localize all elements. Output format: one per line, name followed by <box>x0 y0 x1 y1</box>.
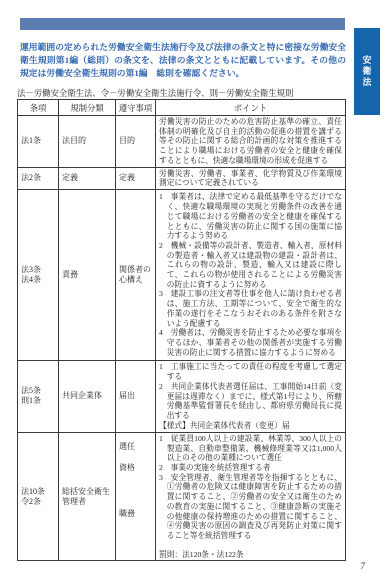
law-articles-table: 条項 規制分類 遵守事項 ポイント 法1条 法目的 目的 労働災害の防止のための… <box>17 99 346 561</box>
table-header-row: 条項 規制分類 遵守事項 ポイント <box>18 100 346 116</box>
compliance-cell: 関係者の 心構え <box>116 189 156 360</box>
article-ref: 法3条 <box>21 265 55 275</box>
section-header-bar <box>20 18 345 30</box>
point-item: 労働災害の防止のための危害防止基準の確立、責任体制の明確化及び自主的活動の促進の… <box>159 117 342 166</box>
article-ref: 法10条 <box>21 487 55 497</box>
point-item: 2 共同企業体代表者選任届は、工事開始14日前（変更届は遅滞なく）までに、様式第… <box>159 382 342 421</box>
header-compliance: 遵守事項 <box>116 100 156 116</box>
category-cell: 総括安全衛生管理者 <box>59 432 116 560</box>
document-page: { "page": { "side_tab_label": "安衛法", "pa… <box>0 0 385 579</box>
article-cell: 法3条 法4条 <box>18 189 59 360</box>
header-points: ポイント <box>156 100 346 116</box>
category-cell: 責務 <box>59 189 116 360</box>
article-cell: 法10条 令2条 <box>18 432 59 560</box>
points-cell: 1 工事施工に当たっての責任の程度を考慮して選定する 2 共同企業体代表者選任届… <box>156 360 346 432</box>
compliance-cell: 選任 資格 職務 <box>116 432 156 560</box>
table-row: 法3条 法4条 責務 関係者の 心構え 1 事業者は、法律で定める最低基準を守る… <box>18 189 346 360</box>
table-row: 法10条 令2条 総括安全衛生管理者 選任 資格 職務 1 従業員100人以上の… <box>18 432 346 560</box>
point-item: 1 従業員100人以上の建設業、林業等、300人以上の製造業、自動車整備業、機械… <box>159 434 342 463</box>
point-item: 4 労働者は、労働災害を防止するため必要な事項を守るほか、事業者その他の関係者が… <box>159 328 342 357</box>
compliance-item: 職務 <box>119 509 152 519</box>
category-cell: 法目的 <box>59 116 116 168</box>
compliance-item: 届出 <box>119 391 152 401</box>
point-item: 1 工事施工に当たっての責任の程度を考慮して選定する <box>159 362 342 381</box>
intro-paragraph: 運用範囲の定められた労働安全衛生法施行令及び法律の条文と特に密接な労働安全衛生規… <box>20 41 346 80</box>
side-tab-anneihou: 安衛法 <box>354 28 380 115</box>
point-item: 労働災害、労働者、事業者、化学物質及び作業環境測定について定義されている <box>159 169 342 188</box>
points-cell: 1 事業者は、法律で定める最低基準を守るだけでなく、快適な職場環境の実現と労働条… <box>156 189 346 360</box>
point-item: 1 事業者は、法律で定める最低基準を守るだけでなく、快適な職場環境の実現と労働条… <box>159 192 342 241</box>
header-category: 規制分類 <box>59 100 116 116</box>
header-article: 条項 <box>18 100 59 116</box>
point-item: 3 安全管理者、衛生管理者等を指揮するとともに、①労働者の危険又は健康障害を防止… <box>159 473 342 541</box>
article-cell: 法2条 <box>18 167 59 189</box>
compliance-item: 定義 <box>119 173 152 183</box>
abbreviation-legend: 法－労働安全衛生法、令－労働安全衛生法施行令、則－労働安全衛生規則 <box>17 87 347 99</box>
point-item: 2 事業の実施を統括管理する者 <box>159 463 342 473</box>
compliance-item: 目的 <box>119 136 152 146</box>
points-cell: 労働災害の防止のための危害防止基準の確立、責任体制の明確化及び自主的活動の促進の… <box>156 116 346 168</box>
point-item: 3 建設工事の注文者等仕事を他人に請け負わせる者は、施工方法、工期等について、安… <box>159 289 342 328</box>
article-ref: 法2条 <box>21 173 55 183</box>
article-ref: 法5条 <box>21 386 55 396</box>
table-row: 法1条 法目的 目的 労働災害の防止のための危害防止基準の確立、責任体制の明確化… <box>18 116 346 168</box>
compliance-cell: 目的 <box>116 116 156 168</box>
table-row: 法5条 則1条 共同企業体 届出 1 工事施工に当たっての責任の程度を考慮して選… <box>18 360 346 432</box>
article-ref: 法1条 <box>21 136 55 146</box>
compliance-cell: 届出 <box>116 360 156 432</box>
article-ref: 法4条 <box>21 275 55 285</box>
compliance-cell: 定義 <box>116 167 156 189</box>
category-cell: 共同企業体 <box>59 360 116 432</box>
points-cell: 1 従業員100人以上の建設業、林業等、300人以上の製造業、自動車整備業、機械… <box>156 432 346 560</box>
points-cell: 労働災害、労働者、事業者、化学物質及び作業環境測定について定義されている <box>156 167 346 189</box>
side-tab-label: 安衛法 <box>361 55 374 88</box>
penalty-note: 罰則：法120条・法122条 <box>159 550 342 560</box>
page-number: 7 <box>361 561 366 571</box>
point-item: 【様式】共同企業体代表者（変更）届 <box>159 421 342 431</box>
compliance-item: 心構え <box>119 275 152 285</box>
compliance-item: 選任 <box>119 442 152 452</box>
table-row: 法2条 定義 定義 労働災害、労働者、事業者、化学物質及び作業環境測定について定… <box>18 167 346 189</box>
point-item: 2 機械・設備等の設計者、製造者、輸入者、原材料の製造者・輸入者又は建設物の建設… <box>159 241 342 290</box>
category-cell: 定義 <box>59 167 116 189</box>
article-cell: 法5条 則1条 <box>18 360 59 432</box>
article-ref: 令2条 <box>21 497 55 507</box>
compliance-item: 関係者の <box>119 265 152 275</box>
article-cell: 法1条 <box>18 116 59 168</box>
article-ref: 則1条 <box>21 396 55 406</box>
compliance-item: 資格 <box>119 463 152 473</box>
